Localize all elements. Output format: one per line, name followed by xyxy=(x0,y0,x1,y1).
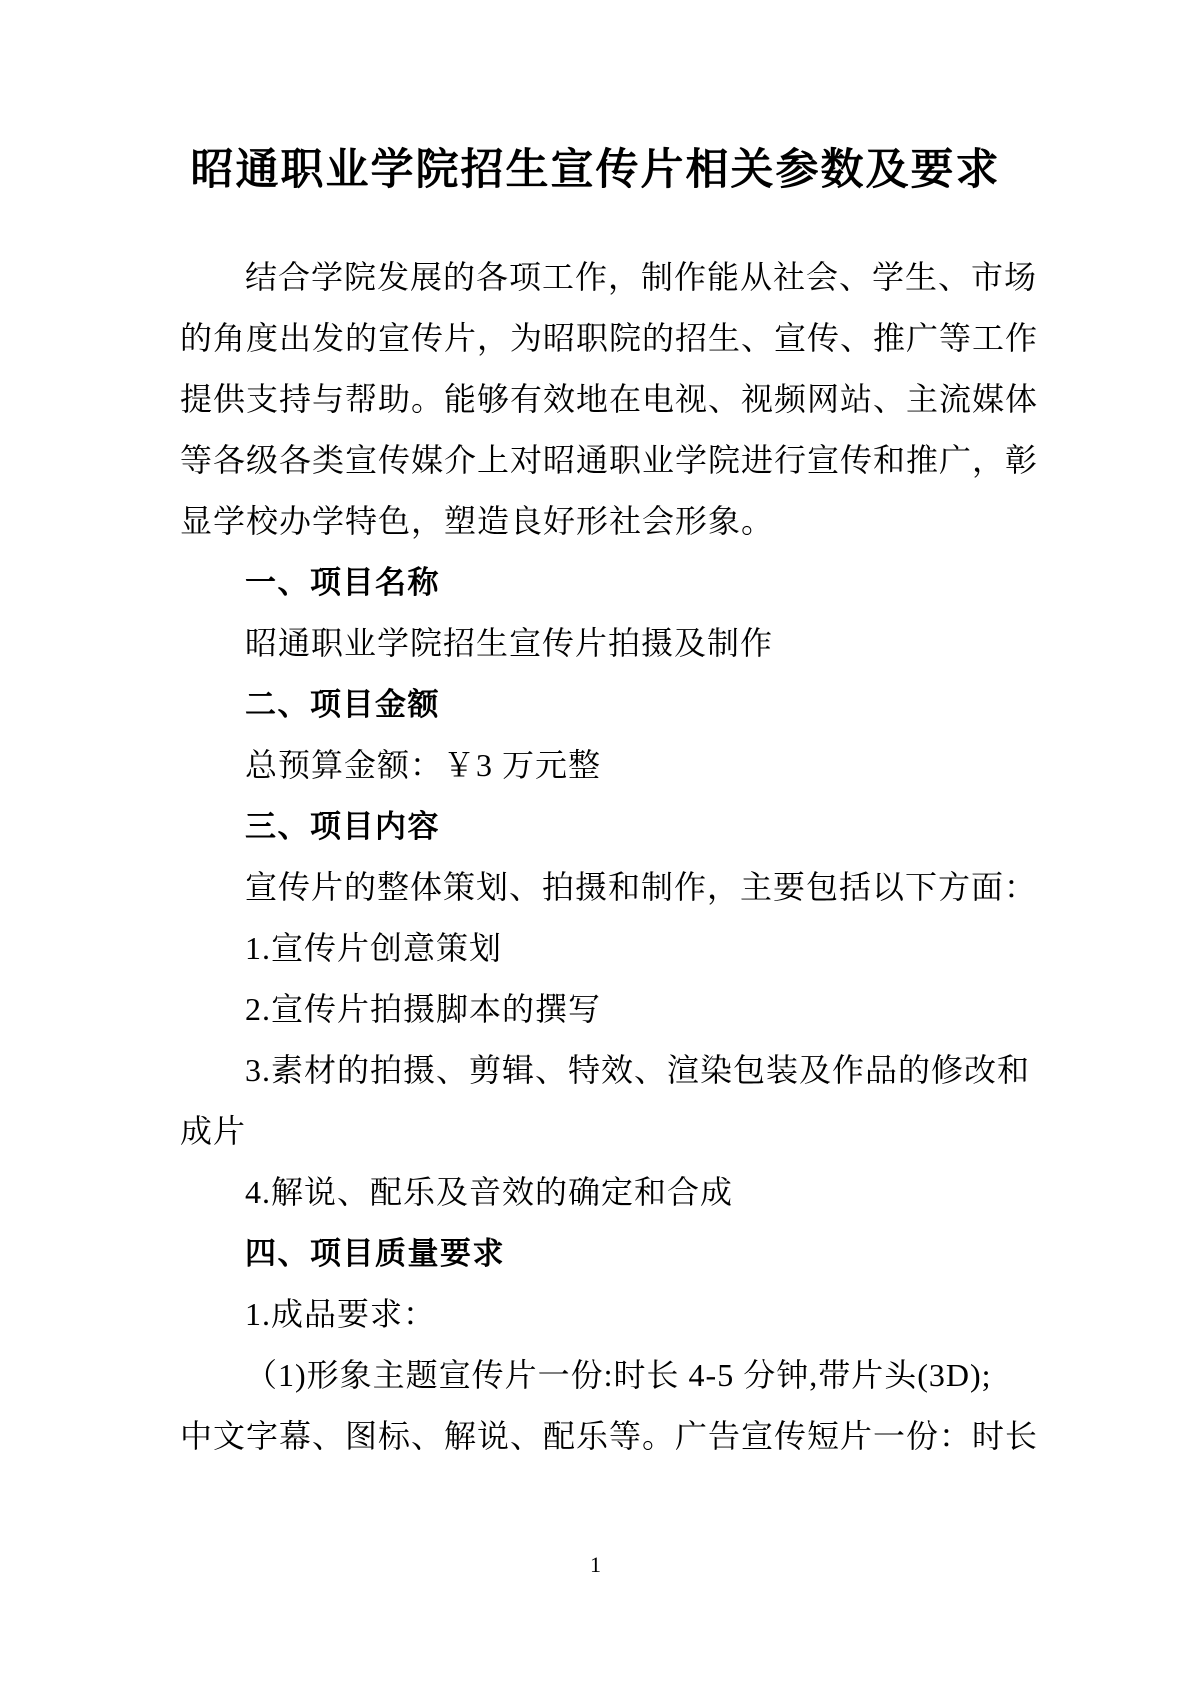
text-line: 昭通职业学院招生宣传片拍摄及制作 xyxy=(180,613,1025,674)
document-body: 结合学院发展的各项工作，制作能从社会、学生、市场 的角度出发的宣传片，为昭职院的… xyxy=(180,247,1025,1467)
section-heading-project-name: 一、项目名称 xyxy=(180,552,1025,613)
page-number: 1 xyxy=(0,1550,1191,1580)
text-line: 提供支持与帮助。能够有效地在电视、视频网站、主流媒体 xyxy=(180,369,1025,430)
document-page: 昭通职业学院招生宣传片相关参数及要求 结合学院发展的各项工作，制作能从社会、学生… xyxy=(0,0,1191,1684)
text-line: 宣传片的整体策划、拍摄和制作，主要包括以下方面： xyxy=(180,857,1025,918)
list-item: 2.宣传片拍摄脚本的撰写 xyxy=(180,979,1025,1040)
section-heading-project-content: 三、项目内容 xyxy=(180,796,1025,857)
text-line: 结合学院发展的各项工作，制作能从社会、学生、市场 xyxy=(180,247,1025,308)
text-line: 显学校办学特色，塑造良好形社会形象。 xyxy=(180,491,1025,552)
text-line: 成片 xyxy=(180,1101,1025,1162)
text-line: 等各级各类宣传媒介上对昭通职业学院进行宣传和推广，彰 xyxy=(180,430,1025,491)
list-item: 1.宣传片创意策划 xyxy=(180,918,1025,979)
section-heading-project-amount: 二、项目金额 xyxy=(180,674,1025,735)
text-line: （1)形象主题宣传片一份:时长 4-5 分钟,带片头(3D); xyxy=(180,1345,1025,1406)
text-line: 的角度出发的宣传片，为昭职院的招生、宣传、推广等工作 xyxy=(180,308,1025,369)
text-line: 1.成品要求： xyxy=(180,1284,1025,1345)
text-line: 中文字幕、图标、解说、配乐等。广告宣传短片一份：时长 xyxy=(180,1406,1025,1467)
list-item: 3.素材的拍摄、剪辑、特效、渲染包装及作品的修改和 xyxy=(180,1040,1025,1101)
text-line: 总预算金额：￥3 万元整 xyxy=(180,735,1025,796)
list-item: 4.解说、配乐及音效的确定和合成 xyxy=(180,1162,1025,1223)
document-title: 昭通职业学院招生宣传片相关参数及要求 xyxy=(0,140,1191,202)
section-heading-quality-requirements: 四、项目质量要求 xyxy=(180,1223,1025,1284)
